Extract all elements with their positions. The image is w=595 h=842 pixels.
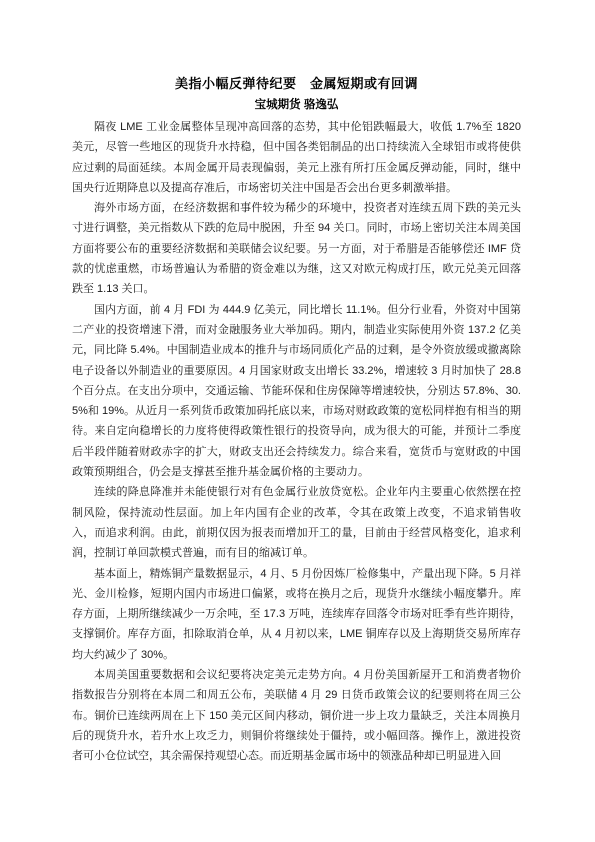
paragraph-overseas-market: 海外市场方面，在经济数据和事件较为稀少的环境中，投资者对连续五周下跌的美元头寸进…: [72, 198, 521, 299]
document-author: 宝城期货 骆逸弘: [72, 95, 521, 116]
document-page: 美指小幅反弹待纪要 金属短期或有回调 宝城期货 骆逸弘 隔夜 LME 工业金属整…: [0, 0, 595, 842]
document-body: 隔夜 LME 工业金属整体呈现冲高回落的态势，其中伦铝跌幅最大，收低 1.7%至…: [72, 117, 521, 767]
paragraph-bank-lending: 连续的降息降准并未能使银行对有色金属行业放贷宽松。企业年内主要重心依然摆在控制风…: [72, 482, 521, 563]
paragraph-copper-fundamentals: 基本面上，精炼铜产量数据显示，4 月、5 月份因炼厂检修集中，产量出现下降。5 …: [72, 564, 521, 665]
paragraph-overnight-lme: 隔夜 LME 工业金属整体呈现冲高回落的态势，其中伦铝跌幅最大，收低 1.7%至…: [72, 117, 521, 198]
paragraph-us-data-outlook: 本周美国重要数据和会议纪要将决定美元走势方向。4 月份美国新屋开工和消费者物价指…: [72, 665, 521, 766]
document-title: 美指小幅反弹待纪要 金属短期或有回调: [72, 73, 521, 95]
paragraph-domestic-fdi: 国内方面，前 4 月 FDI 为 444.9 亿美元，同比增长 11.1%。但分…: [72, 300, 521, 483]
document-content: 美指小幅反弹待纪要 金属短期或有回调 宝城期货 骆逸弘 隔夜 LME 工业金属整…: [72, 73, 521, 767]
